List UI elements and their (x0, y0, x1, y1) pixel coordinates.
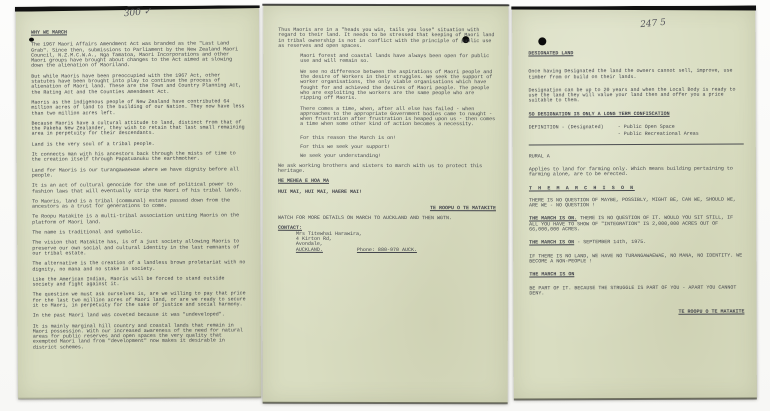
appeal-line: We ask working brothers and sisters to m… (278, 163, 496, 174)
document-page-why-we-march: 300 ✓ WHY WE MARCH The 1967 Maori Affair… (16, 6, 261, 398)
paragraph: The 1967 Maori Affairs Amendment Act was… (31, 42, 247, 70)
march-line: THE MARCH IS ON (529, 272, 744, 278)
rural-heading: RURAL A (529, 153, 744, 159)
organisation-signoff: TE ROOPU O TE MATAKITE (278, 206, 496, 212)
confiscation-line: SO DESIGNATION IS ONLY A LONG TERM CONFI… (529, 111, 744, 117)
contact-city: AUCKLAND. (296, 247, 323, 252)
march-heading: T H E M A R C H I S O N (529, 185, 744, 191)
slogan-line: For this we seek your support! (300, 145, 496, 151)
scan-edge (18, 396, 261, 399)
maori-welcome-line: HUI MAI, HUI MAI, HAERE MAI! (278, 189, 496, 195)
paragraph: IF THERE IS NO LAND, WE HAVE NO TURANGAW… (529, 253, 744, 265)
paragraph: But while Maoris have been preoccupied w… (31, 73, 247, 96)
paragraph: The question we must ask ourselves is, a… (33, 292, 249, 309)
slogan-line: We seek your understanding! (300, 154, 496, 160)
definition-item: - Public Recreational Areas (618, 132, 699, 138)
scan-edge (263, 402, 508, 404)
paragraph: It is mainly marginal hill country and c… (33, 323, 249, 351)
paragraph: Land is the very soul of a tribal people… (32, 141, 248, 148)
document-page-march-appeal: Thus Maoris are in a "heads you win, tai… (263, 5, 509, 403)
divider-line (529, 143, 744, 145)
document-page-designated-land: 247 5 DESIGNATED LAND Once having Design… (512, 6, 757, 399)
definition-label: DEFINITION - (Designated) (529, 125, 604, 138)
handwritten-number: 247 5 (640, 18, 667, 30)
page2-text: Thus Maoris are in a "heads you win, tai… (278, 28, 496, 253)
slogan-line: For this reason the March is on! (300, 136, 496, 142)
paragraph: THERE IS NO QUESTION OF MAYBE, POSSIBLY,… (529, 197, 744, 209)
scanned-documents-photo: 300 ✓ WHY WE MARCH The 1967 Maori Affair… (0, 0, 770, 411)
paragraph: THE MARCH IS ON. THERE IS NO QUESTION OF… (529, 216, 744, 233)
paragraph: Once having Designated the land the owne… (528, 69, 743, 81)
organisation-signoff: TE ROOPU O TE MATAKITE (529, 310, 744, 316)
rural-paragraph: Applies to land for farming only. Which … (529, 166, 744, 178)
definition-block: DEFINITION - (Designated) - Public Open … (529, 125, 744, 139)
maori-call-line: HE MEHEA E HOA MA (278, 179, 496, 185)
paragraph: THE MARCH IS ON - SEPTEMBER 14th, 1975. (529, 240, 744, 246)
hole-punch (538, 37, 546, 45)
page1-text: WHY WE MARCH The 1967 Maori Affairs Amen… (31, 29, 249, 355)
paragraph: It is an act of cultural genocide for th… (32, 183, 248, 195)
paragraph: Because Maoris have a cultural attitude … (32, 120, 248, 137)
paragraph: BE PART OF IT. BECAUSE THE STRUGGLE IS P… (529, 285, 744, 297)
paragraph: Maori forest and coastal lands have alwa… (300, 54, 496, 65)
paragraph: It connects man with his ancestors back … (32, 151, 248, 163)
paragraph: Maoris as the indigenous people of New Z… (31, 99, 247, 116)
scan-edge (514, 397, 757, 400)
watch-details-line: WATCH FOR MORE DETAILS ON MARCH TO AUCKL… (278, 216, 496, 222)
march-rest: - SEPTEMBER 14th, 1975. (574, 239, 646, 245)
paragraph: The alternative is the creation of a lan… (32, 261, 248, 273)
handwritten-number: 300 ✓ (123, 7, 151, 20)
paragraph: Thus Maoris are in a "heads you win, tai… (278, 28, 496, 50)
page3-heading: DESIGNATED LAND (528, 51, 743, 57)
scan-edge (262, 4, 509, 6)
paragraph: There comes a time, when, after all else… (300, 106, 496, 128)
paragraph: Te Roopu Matakite is a multi-tribal asso… (32, 214, 248, 226)
paragraph: To Maoris, land is a tribal (communal) e… (32, 198, 248, 210)
definition-item: - Public Open Space (618, 125, 699, 131)
page3-text: DESIGNATED LAND Once having Designated t… (528, 51, 744, 324)
paragraph: Like the American Indian, Maoris will be… (32, 276, 248, 288)
paragraph: The name is traditional and symbolic. (32, 229, 248, 236)
page1-heading: WHY WE MARCH (31, 29, 247, 36)
paragraph: The vision that Matakite has, is of a ju… (32, 240, 248, 257)
march-lead: THE MARCH IS ON (529, 240, 574, 246)
contact-phone: Phone: 880-970 AUCK. (357, 248, 417, 253)
scan-edge (511, 5, 756, 11)
paragraph: Designation can be up to 20 years and wh… (528, 87, 743, 104)
paragraph: In the past Maori land was coveted becau… (33, 313, 249, 320)
contact-block: CONTACT: Mrs Titewhai Harawira, 4 Kirton… (278, 226, 496, 253)
paragraph: We see no difference between the aspirat… (300, 70, 496, 102)
paragraph: Land for Maoris is our turangawaewae whe… (32, 167, 248, 179)
